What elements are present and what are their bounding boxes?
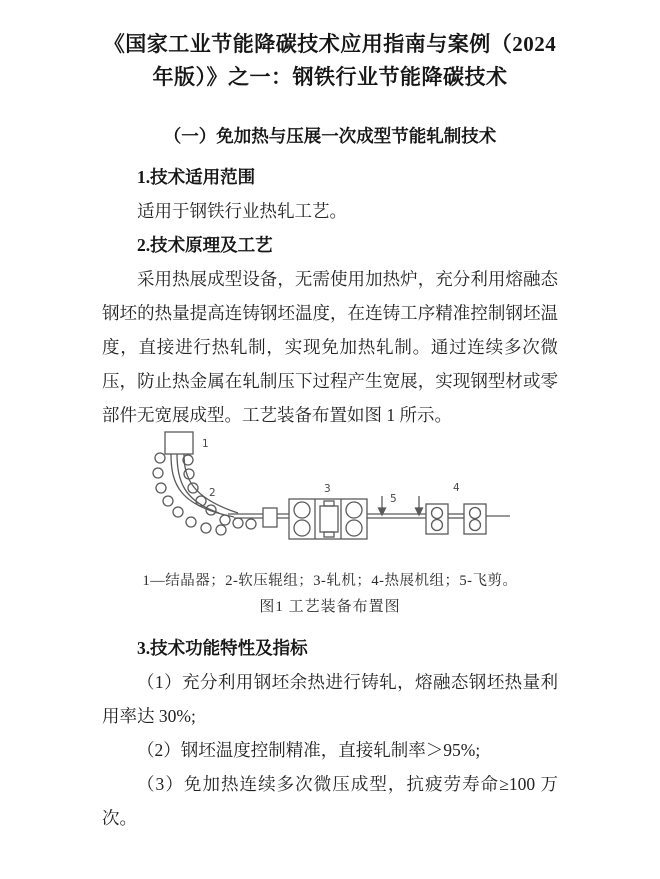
diagram-label-5: 5 [390, 493, 397, 505]
diagram-label-2: 2 [209, 487, 216, 499]
figure-legend: 1—结晶器；2-软压辊组；3-轧机；4-热展机组；5-飞剪。 [102, 572, 558, 590]
feature-item-3: （3）免加热连续多次微压成型，抗疲劳寿命≥100 万次。 [102, 767, 558, 835]
feature-item-1: （1）充分利用钢坯余热进行铸轧，熔融态钢坯热量利用率达 30%; [102, 665, 558, 733]
diagram-expansion-units [426, 504, 510, 534]
feature-item-2: （2）钢坯温度控制精准，直接轧制率＞95%; [102, 733, 558, 767]
paragraph-scope: 适用于钢铁行业热轧工艺。 [102, 194, 558, 228]
diagram-rolling-mill [289, 499, 367, 539]
figure-1: 1 2 3 4 5 1—结晶器；2-软压辊组；3-轧机；4-热展机组；5-飞剪。… [102, 426, 558, 617]
document-page: 《国家工业节能降碳技术应用指南与案例（2024 年版）》之一：钢铁行业节能降碳技… [0, 0, 660, 879]
diagram-mold [165, 432, 193, 454]
diagram-shear-arrows [379, 496, 423, 515]
heading-principle: 2.技术原理及工艺 [102, 228, 558, 262]
diagram-roller-group [153, 453, 256, 535]
heading-features: 3.技术功能特性及指标 [102, 631, 558, 665]
heading-scope: 1.技术适用范围 [102, 160, 558, 194]
paragraph-principle: 采用热展成型设备，无需使用加热炉，充分利用熔融态钢坯的热量提高连铸钢坯温度，在连… [102, 262, 558, 432]
process-layout-diagram: 1 2 3 4 5 [116, 426, 536, 566]
section-heading: （一）免加热与压展一次成型节能轧制技术 [102, 124, 558, 148]
document-title: 《国家工业节能降碳技术应用指南与案例（2024 年版）》之一：钢铁行业节能降碳技… [102, 28, 558, 94]
diagram-label-1: 1 [202, 438, 209, 450]
diagram-label-3: 3 [324, 483, 331, 495]
figure-caption: 图1 工艺装备布置图 [102, 597, 558, 617]
diagram-connector-box [263, 508, 277, 527]
diagram-label-4: 4 [453, 482, 460, 494]
